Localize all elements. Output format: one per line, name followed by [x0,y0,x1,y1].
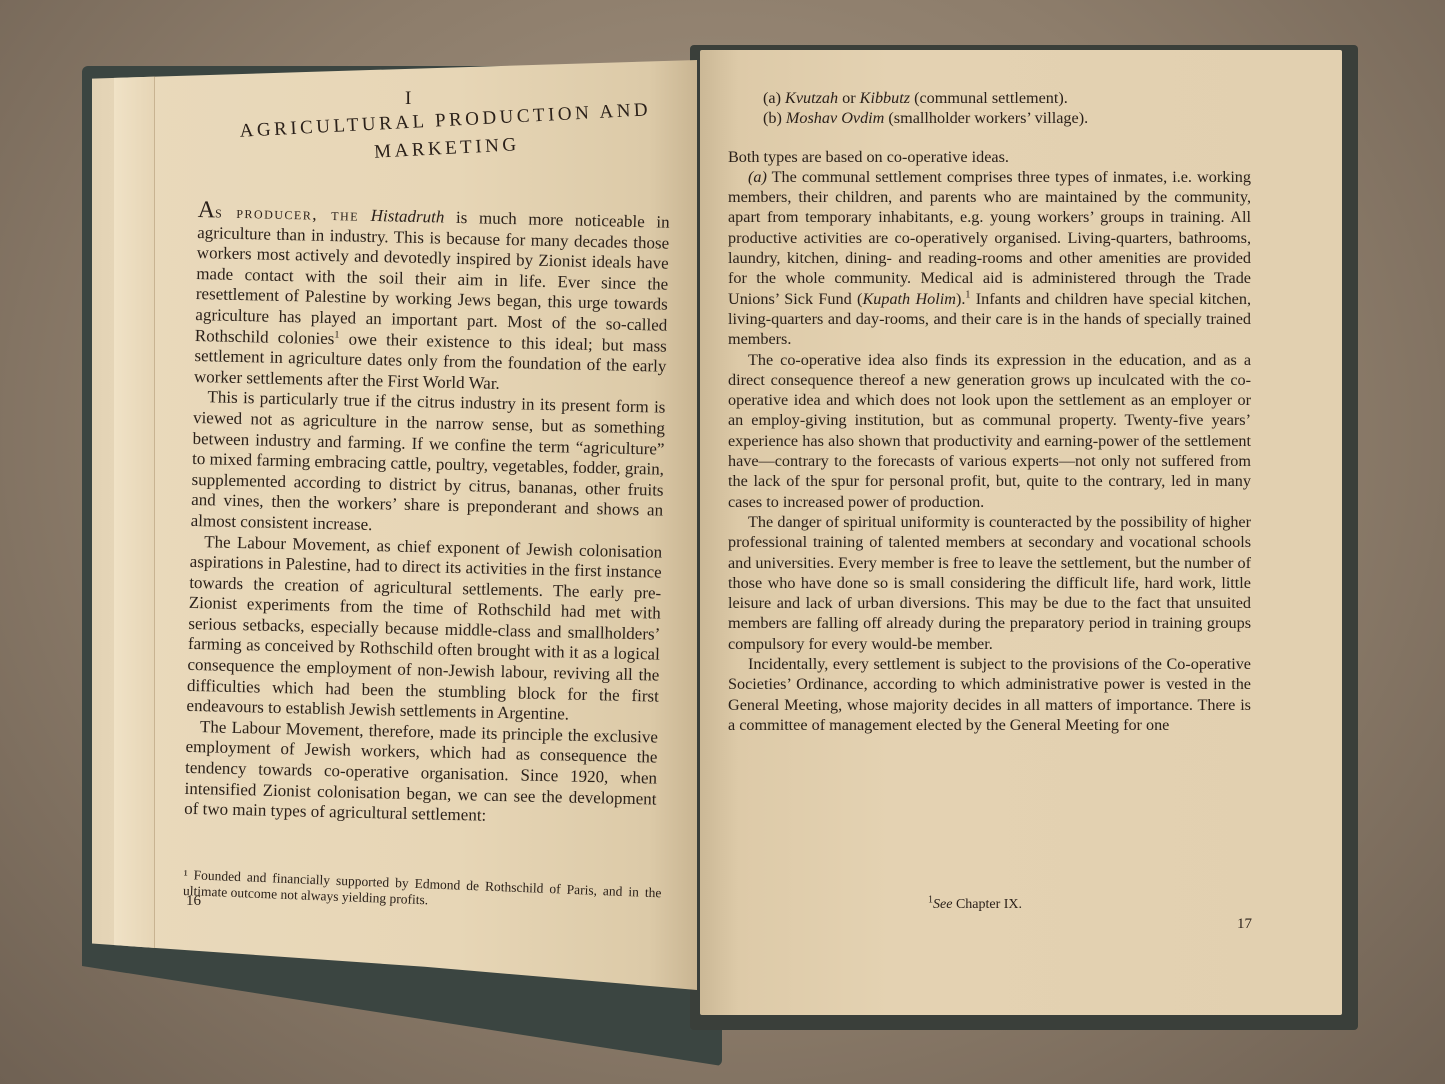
list-item: (b) Moshav Ovdim (smallholder workers’ v… [728,108,1251,128]
paragraph: Both types are based on co-operative ide… [728,147,1251,167]
left-page-body: As producer, the Histadruth is much more… [184,200,670,830]
paragraph: Incidentally, every settlement is subjec… [728,654,1251,735]
paragraph: The co-operative idea also finds its exp… [728,350,1251,512]
chapter-number: I [405,88,412,110]
page-number: 17 [1237,916,1252,933]
list-item: (a) Kvutzah or Kibbutz (communal settlem… [728,88,1251,108]
page-edges [114,60,155,990]
paragraph: The Labour Movement, therefore, made its… [184,717,658,831]
footnote: 1See Chapter IX. [928,897,1022,913]
paragraph: This is particularly true if the citrus … [190,387,665,542]
paragraph: As producer, the Histadruth is much more… [194,200,670,398]
drop-cap: A [197,197,215,223]
paragraph: The danger of spiritual uniformity is co… [728,512,1251,654]
right-page-body: (a) Kvutzah or Kibbutz (communal settlem… [728,88,1251,735]
page-number: 16 [186,893,201,910]
paragraph: (a) The communal settlement comprises th… [728,167,1251,350]
paragraph: The Labour Movement, as chief exponent o… [186,531,662,727]
